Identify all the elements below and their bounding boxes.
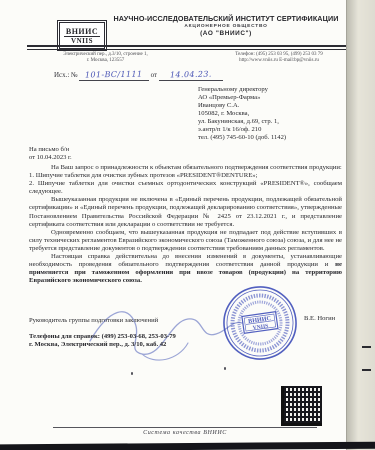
body-paragraph: На Ваш запрос о принадлежности к объекта… <box>29 164 342 172</box>
letter-body: На Ваш запрос о принадлежности к объекта… <box>29 164 342 285</box>
round-stamp-icon: ВНИИС VNIIS <box>214 279 306 368</box>
logo-text-ru: ВНИИС <box>64 27 100 37</box>
body-paragraph: Одновременно сообщаем, что вышеуказанная… <box>29 229 342 253</box>
outgoing-number-line: Исх.: № 101-ВС/1111 от 14.04.23. <box>54 70 223 81</box>
sender-contacts: Телефон: (495) 253 03 95, (499) 253 03 7… <box>205 52 353 64</box>
footer-phones: Телефоны для справок: (499) 253-03-68, 2… <box>29 333 176 341</box>
reference-line2: от 10.04.2023 г. <box>29 154 72 162</box>
scanner-bottom-bar <box>0 442 375 450</box>
recipient-block: Генеральному директору АО «Премьер-Фарма… <box>198 86 348 142</box>
edge-dash <box>362 346 371 348</box>
signature-name: В.Е. Ногин <box>304 315 335 322</box>
reference-line1: На письмо б/н <box>29 146 72 154</box>
sender-address: Электрический пер., д.3/10, строение 1, … <box>28 52 183 64</box>
recipient-line: Иванцову С.А. <box>198 102 348 110</box>
scanned-letter: ВНИИС VNIIS НАУЧНО-ИССЛЕДОВАТЕЛЬСКИЙ ИНС… <box>0 0 375 450</box>
quality-system-label: Система качества ВНИИС <box>53 430 317 436</box>
scan-speck <box>131 372 133 375</box>
body-paragraph: Вышеуказанная продукция не включена в «Е… <box>29 196 342 228</box>
sender-address-line2: г. Москва, 123557 <box>28 58 183 64</box>
outgoing-from-label: от <box>151 71 157 79</box>
scan-speck <box>224 367 226 370</box>
body-list-item: 1. Шипучие таблетки для очистки зубных п… <box>29 172 342 180</box>
footer-address: г. Москва, Электрический пер., д. 3/10, … <box>29 341 176 349</box>
header-rule <box>27 45 352 50</box>
recipient-line: Генеральному директору <box>198 86 348 94</box>
recipient-line: э.антр/п 1/к 16/оф. 210 <box>198 126 348 134</box>
signature-role: Руководитель группы подготовки заключени… <box>29 317 158 324</box>
recipient-line: тел. (495) 745-60-10 (доб. 1142) <box>198 134 348 142</box>
recipient-line: АО «Премьер-Фарма» <box>198 94 348 102</box>
body-text: Настоящая справка действительна до внесе… <box>29 253 342 268</box>
org-abbrev: (АО "ВНИИС") <box>106 30 346 38</box>
sender-web-email: http://www.vniis.ru E-mail:bp@vniis.ru <box>205 58 353 64</box>
logo-text-en: VNIIS <box>71 37 93 45</box>
footer-rule <box>53 427 317 428</box>
handwritten-outgoing-number: 101-ВС/1111 <box>85 69 143 79</box>
edge-dash <box>362 369 371 371</box>
outgoing-label: Исх.: № <box>54 71 78 79</box>
handwritten-date: 14.04.23. <box>170 70 212 80</box>
institute-name: НАУЧНО-ИССЛЕДОВАТЕЛЬСКИЙ ИНСТИТУТ СЕРТИФ… <box>106 15 346 24</box>
scanner-edge-strip <box>346 0 375 450</box>
reference-block: На письмо б/н от 10.04.2023 г. <box>29 146 72 162</box>
recipient-line: 105082, г. Москва, <box>198 110 348 118</box>
footer-contact-block: Телефоны для справок: (499) 253-03-68, 2… <box>29 333 176 349</box>
qr-code <box>281 386 322 426</box>
recipient-line: ул. Бакунинская, д.69, стр. 1, <box>198 118 348 126</box>
letterhead-title: НАУЧНО-ИССЛЕДОВАТЕЛЬСКИЙ ИНСТИТУТ СЕРТИФ… <box>106 15 346 38</box>
body-list-item: 2. Шипучие таблетки для очистки съемных … <box>29 180 342 196</box>
